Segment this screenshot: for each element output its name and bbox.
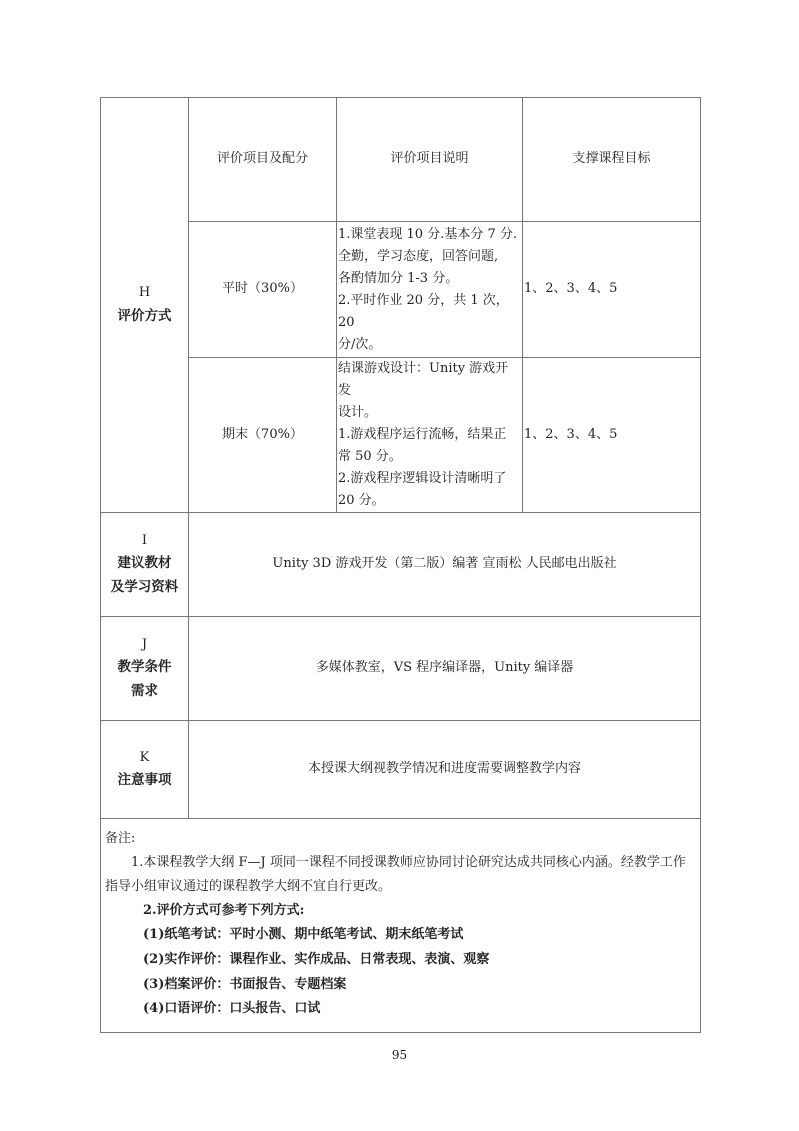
notes-paragraph: 1.本课程教学大纲 F—J 项同一课程不同授课教师应协同讨论研究达成共同核心内涵… — [105, 851, 696, 899]
eval-item: 平时（30%） — [189, 222, 337, 358]
document-page: H 评价方式 评价项目及配分 评价项目说明 支撑课程目标 平时（30%） 1.课… — [0, 0, 799, 1131]
section-letter: I — [101, 530, 188, 553]
eval-description: 1.课堂表现 10 分.基本分 7 分. 全勤，学习态度，回答问题, 各酌情加分… — [337, 222, 523, 358]
desc-line: 2.平时作业 20 分，共 1 次，20 — [338, 290, 520, 334]
desc-line: 2.游戏程序逻辑设计清晰明了 — [338, 468, 520, 490]
table-row-section-j: J 教学条件 需求 多媒体教室，VS 程序编译器，Unity 编译器 — [101, 617, 701, 721]
eval-item: 期末（70%） — [189, 357, 337, 513]
page-number: 95 — [0, 1048, 799, 1062]
desc-line: 1.课堂表现 10 分.基本分 7 分. — [338, 224, 520, 246]
section-k-content: 本授课大纲视教学情况和进度需要调整教学内容 — [189, 721, 701, 819]
section-letter: H — [101, 282, 188, 305]
section-j-label: J 教学条件 需求 — [101, 617, 189, 721]
table-row-notes: 备注: 1.本课程教学大纲 F—J 项同一课程不同授课教师应协同讨论研究达成共同… — [101, 819, 701, 1033]
notes-list-item: (2)实作评价：课程作业、实作成品、日常表现、表演、观察 — [105, 948, 696, 973]
section-title: 教学条件 — [101, 656, 188, 680]
section-i-label: I 建议教材 及学习资料 — [101, 513, 189, 617]
notes-paragraph: 2.评价方式可参考下列方式: — [105, 899, 696, 923]
section-letter: K — [101, 747, 188, 770]
desc-line: 1.游戏程序运行流畅，结果正 — [338, 424, 520, 446]
section-h-label: H 评价方式 — [101, 98, 189, 513]
section-title: 及学习资料 — [101, 576, 188, 600]
notes-list-item: (3)档案评价：书面报告、专题档案 — [105, 973, 696, 998]
column-header: 评价项目说明 — [337, 98, 523, 222]
table-row-section-k: K 注意事项 本授课大纲视教学情况和进度需要调整教学内容 — [101, 721, 701, 819]
section-letter: J — [101, 634, 188, 657]
section-title: 注意事项 — [101, 769, 188, 793]
notes-list-item: (1)纸笔考试：平时小测、期中纸笔考试、期末纸笔考试 — [105, 923, 696, 948]
notes-list-item: (4)口语评价：口头报告、口试 — [105, 997, 696, 1022]
desc-line: 分/次。 — [338, 334, 520, 356]
section-j-content: 多媒体教室，VS 程序编译器，Unity 编译器 — [189, 617, 701, 721]
desc-line: 设计。 — [338, 402, 520, 424]
table-row-section-i: I 建议教材 及学习资料 Unity 3D 游戏开发（第二版）编著 宣雨松 人民… — [101, 513, 701, 617]
table-row-header: H 评价方式 评价项目及配分 评价项目说明 支撑课程目标 — [101, 98, 701, 222]
desc-line: 20 分。 — [338, 490, 520, 512]
table-row: 平时（30%） 1.课堂表现 10 分.基本分 7 分. 全勤，学习态度，回答问… — [101, 222, 701, 358]
syllabus-table: H 评价方式 评价项目及配分 评价项目说明 支撑课程目标 平时（30%） 1.课… — [100, 97, 701, 1033]
column-header: 支撑课程目标 — [523, 98, 701, 222]
eval-goals: 1、2、3、4、5 — [523, 222, 701, 358]
section-title: 建议教材 — [101, 552, 188, 576]
section-i-content: Unity 3D 游戏开发（第二版）编著 宣雨松 人民邮电出版社 — [189, 513, 701, 617]
eval-description: 结课游戏设计：Unity 游戏开发 设计。 1.游戏程序运行流畅，结果正 常 5… — [337, 357, 523, 513]
section-k-label: K 注意事项 — [101, 721, 189, 819]
desc-line: 结课游戏设计：Unity 游戏开发 — [338, 358, 520, 402]
desc-line: 各酌情加分 1-3 分。 — [338, 268, 520, 290]
notes-cell: 备注: 1.本课程教学大纲 F—J 项同一课程不同授课教师应协同讨论研究达成共同… — [101, 819, 701, 1033]
eval-goals: 1、2、3、4、5 — [523, 357, 701, 513]
section-title: 评价方式 — [101, 305, 188, 329]
table-row: 期末（70%） 结课游戏设计：Unity 游戏开发 设计。 1.游戏程序运行流畅… — [101, 357, 701, 513]
notes-label: 备注: — [105, 827, 696, 851]
column-header: 评价项目及配分 — [189, 98, 337, 222]
desc-line: 全勤，学习态度，回答问题, — [338, 246, 520, 268]
desc-line: 常 50 分。 — [338, 446, 520, 468]
section-title: 需求 — [101, 680, 188, 704]
